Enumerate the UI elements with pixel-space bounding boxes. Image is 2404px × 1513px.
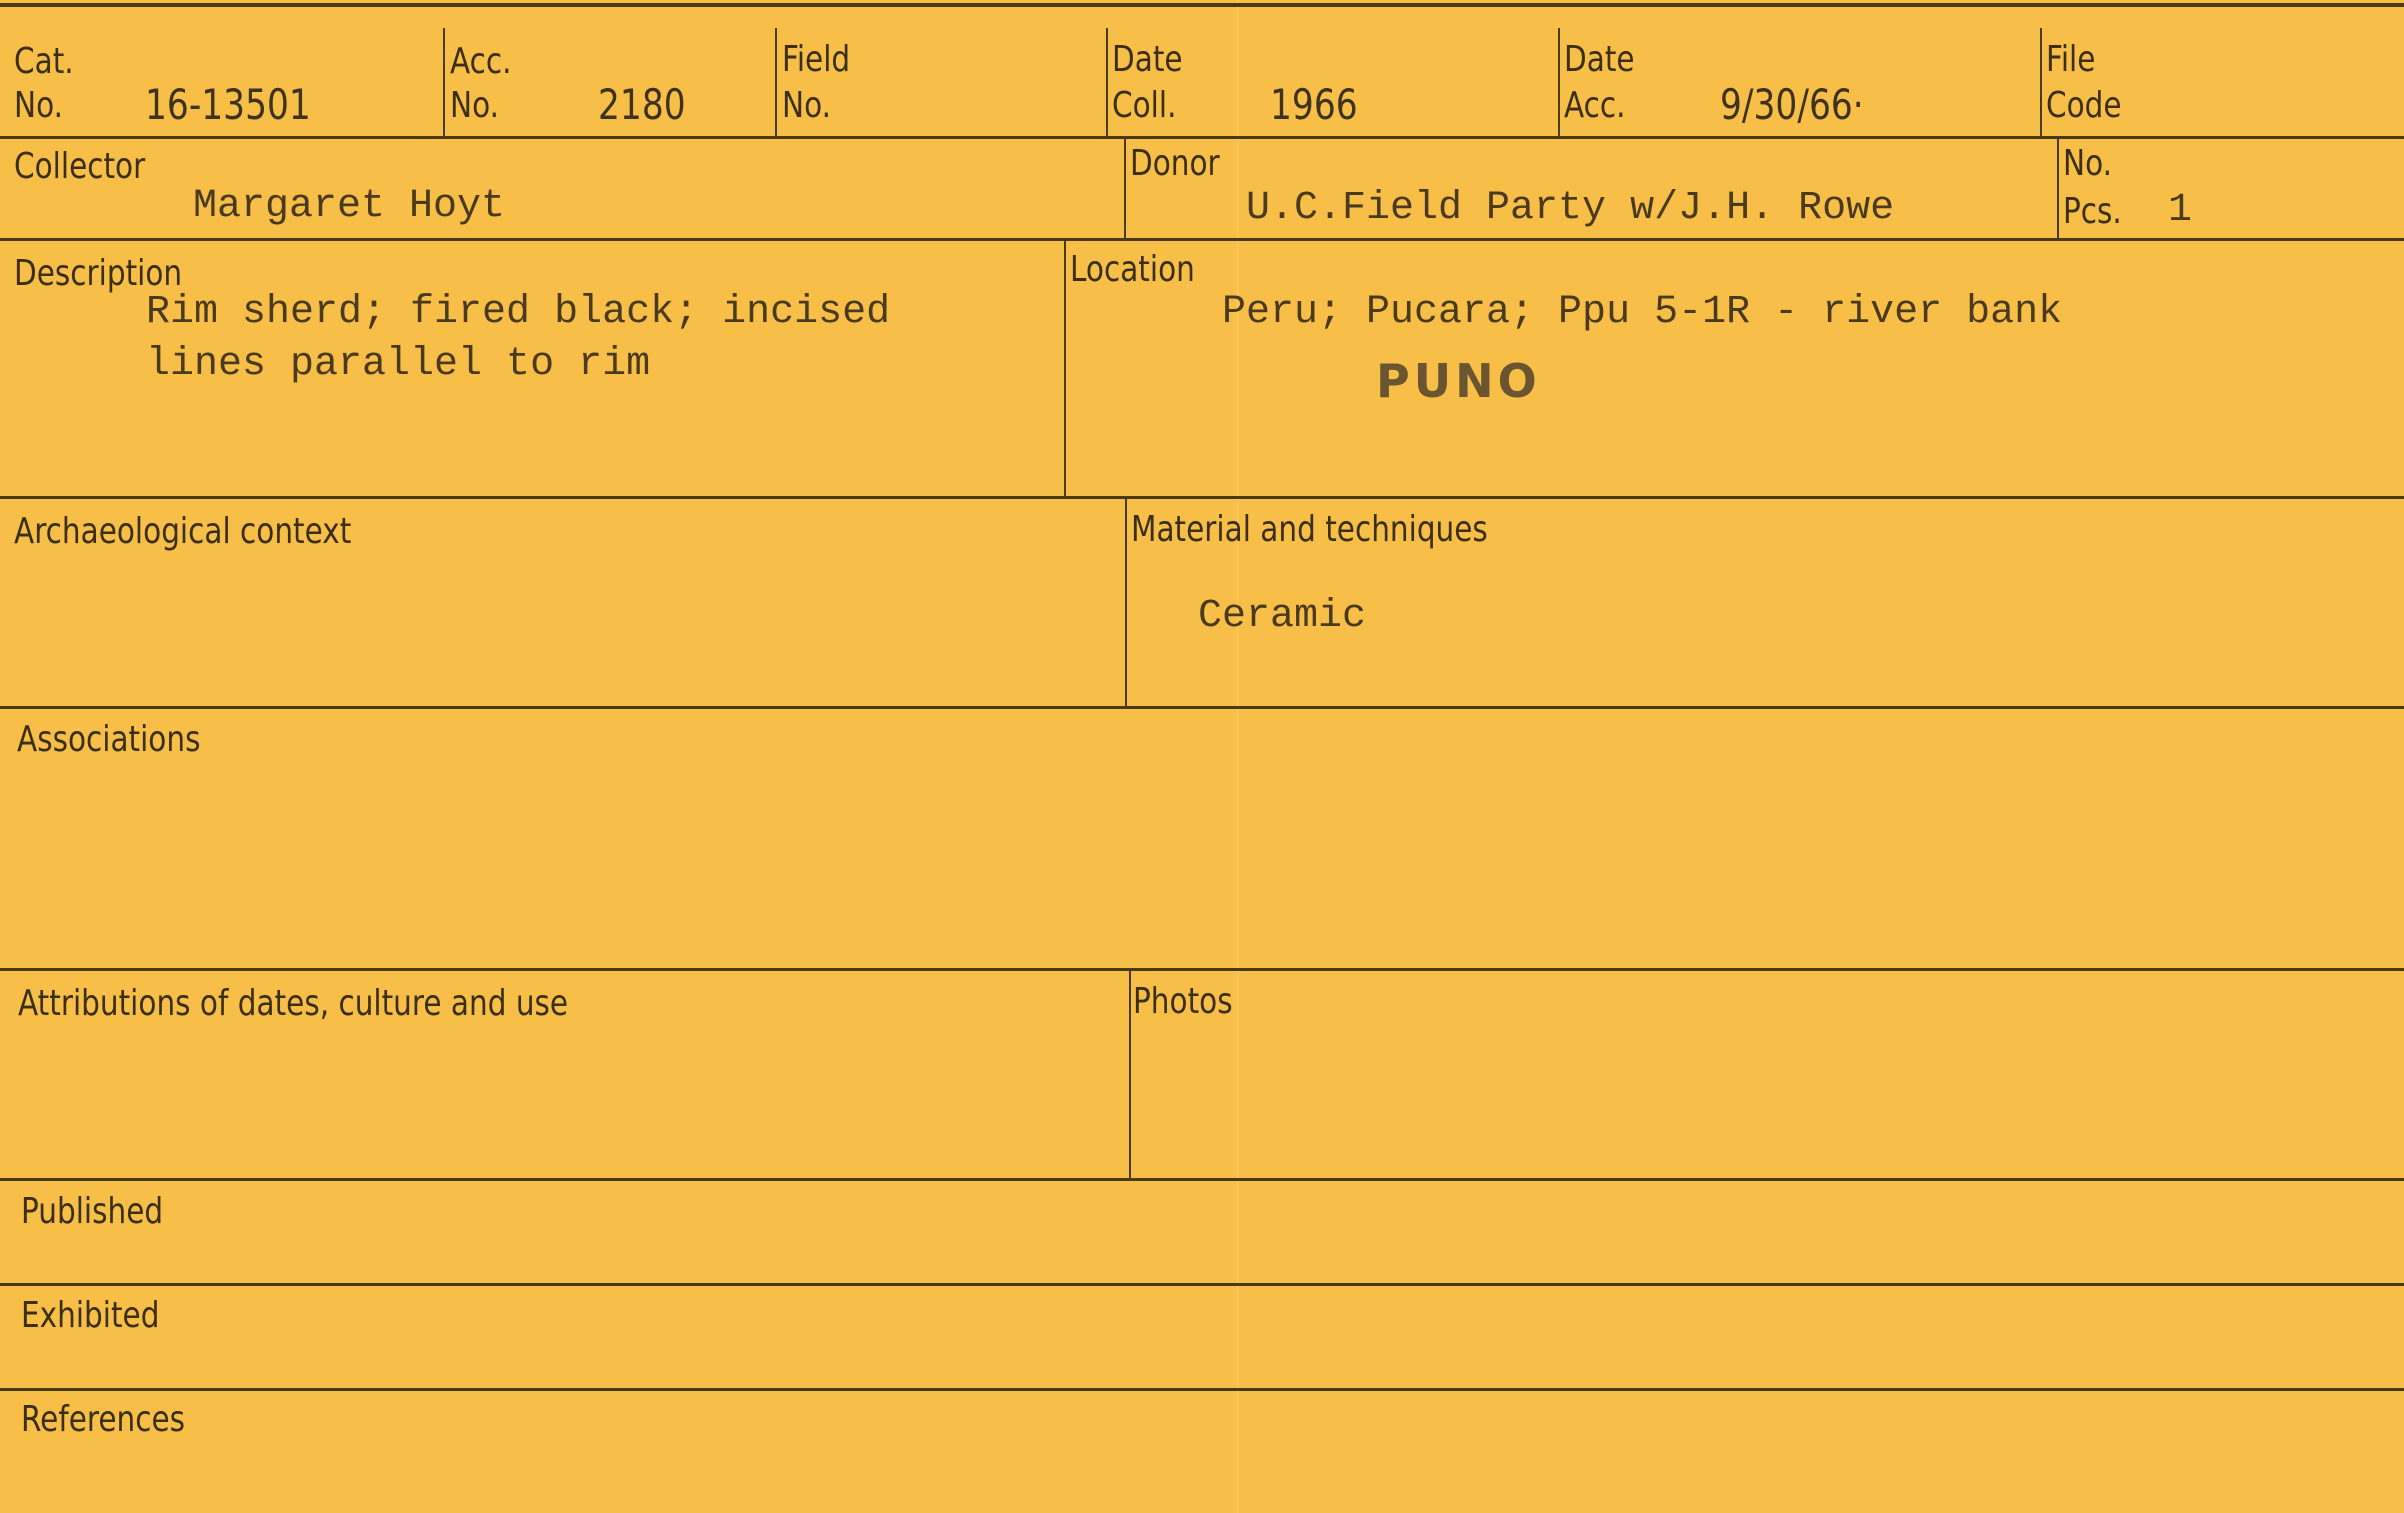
cat-no-label-1: Cat. [14,40,74,84]
material-label: Material and techniques [1131,508,1488,552]
field-no-label-2: No. [782,84,831,128]
date-acc-label-2: Acc. [1564,84,1626,128]
published-label: Published [21,1190,163,1234]
vdiv-file-code [2040,28,2042,138]
associations-label: Associations [17,718,200,762]
catalog-card: Cat. No. 16-13501 Acc. No. 2180 Field No… [0,0,2404,1513]
cat-no-value: 16-13501 [145,80,311,129]
divider-row2 [0,238,2404,241]
file-code-label-2: Code [2046,84,2122,128]
vdiv-acc [443,28,445,138]
exhibited-label: Exhibited [21,1294,159,1338]
acc-no-value: 2180 [598,80,686,129]
date-coll-value: 1966 [1270,80,1358,129]
vdiv-date-coll [1106,28,1108,138]
date-acc-value: 9/30/66· [1720,80,1864,129]
file-code-label-1: File [2046,38,2095,82]
vdiv-field [775,28,777,138]
material-value: Ceramic [1198,592,1366,642]
date-acc-label-1: Date [1564,38,1635,82]
description-line-1: Rim sherd; fired black; incised [146,288,890,338]
location-stamp: PUNO [1376,354,1541,408]
date-coll-label-1: Date [1112,38,1183,82]
divider-row1 [0,136,2404,139]
paper-fold [1236,0,1239,1513]
divider-row6 [0,1178,2404,1181]
top-border [0,3,2404,7]
location-value: Peru; Pucara; Ppu 5-1R - river bank [1222,288,2062,338]
vdiv-material [1125,498,1127,708]
acc-no-label-1: Acc. [450,40,512,84]
description-line-2: lines parallel to rim [146,340,650,390]
vdiv-no-pcs [2057,138,2059,240]
divider-row7 [0,1283,2404,1286]
location-label: Location [1070,248,1195,292]
attributions-label: Attributions of dates, culture and use [18,982,568,1026]
archaeological-context-label: Archaeological context [14,510,351,554]
no-pcs-label-1: No. [2063,142,2112,186]
divider-row3 [0,496,2404,499]
no-pcs-value: 1 [2168,186,2192,236]
photos-label: Photos [1133,980,1233,1024]
acc-no-label-2: No. [450,84,499,128]
divider-row5 [0,968,2404,971]
donor-label: Donor [1130,142,1220,186]
collector-value: Margaret Hoyt [193,182,505,232]
donor-value: U.C.Field Party w/J.H. Rowe [1246,184,1894,234]
divider-row8 [0,1388,2404,1391]
date-coll-label-2: Coll. [1112,84,1176,128]
divider-row4 [0,706,2404,709]
vdiv-date-acc [1558,28,1560,138]
vdiv-donor [1124,138,1126,240]
references-label: References [21,1398,185,1442]
no-pcs-label-2: Pcs. [2063,190,2122,234]
collector-label: Collector [14,145,145,189]
field-no-label-1: Field [782,38,850,82]
vdiv-location [1064,240,1066,498]
vdiv-photos [1129,970,1131,1180]
cat-no-label-2: No. [14,84,63,128]
